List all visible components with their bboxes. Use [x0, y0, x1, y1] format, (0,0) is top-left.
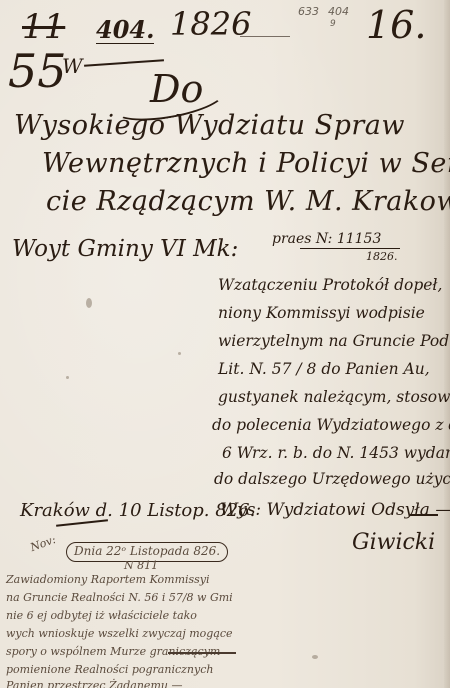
paper-stain — [86, 298, 92, 308]
pencil-note-633: 633 — [298, 6, 319, 17]
pencil-note-404: 404 — [328, 6, 349, 17]
body-line: do dalszego Urzędowego użycia — [214, 472, 450, 488]
paper-speck — [312, 655, 318, 659]
number-55: 55 — [8, 48, 67, 94]
resolution-number: N 811 — [124, 560, 158, 571]
margin-mark: Nov: — [29, 534, 57, 553]
dateline-right: Wys: Wydziatowi Odsyła — — [220, 502, 450, 519]
body-line: Wzatączeniu Protokół dopeł, — [218, 278, 442, 294]
signature: Giwicki — [352, 532, 435, 554]
folio-number: 16. — [366, 6, 426, 44]
body-line: 6 Wrz. r. b. do N. 1453 wydanego — [222, 446, 450, 462]
body-line: wierzytelnym na Gruncie Pod — [218, 334, 449, 350]
struck-number: 11 — [22, 10, 65, 44]
address-line-2: Wewnętrznych i Policyi w Sena, — [42, 150, 450, 177]
resolution-line: na Gruncie Realności N. 56 i 57/8 w Gmi — [6, 592, 233, 603]
body-line: niony Kommissyi wodpisie — [218, 306, 425, 322]
paper-speck — [66, 376, 69, 379]
address-line-1: Wysokiego Wydziatu Spraw — [14, 112, 405, 139]
registry-praes: praes N: 11153 — [272, 232, 381, 246]
register-number: 404. — [96, 18, 154, 44]
sender: Woyt Gminy VI Mk: — [12, 238, 238, 261]
address-line-3: cie Rządzącym W. M. Krakowa — [46, 188, 450, 215]
resolution-date: Dnia 22ᵒ Listopada 826. — [74, 545, 220, 557]
document-page: 11 404. 1826 633 404 9 16. 55 W Do Wysok… — [0, 0, 450, 688]
paper-speck — [178, 352, 181, 355]
registry-rule — [300, 248, 400, 249]
number-55-superscript: W — [62, 56, 83, 76]
resolution-line: nie 6 ej odbytej iż właściciele tako — [6, 610, 197, 621]
header-flourish-line — [84, 59, 164, 66]
pencil-note-9: 9 — [330, 20, 336, 29]
body-line: Lit. N. 57 / 8 do Panien Au, — [218, 362, 430, 378]
body-line: gustyanek należącym, stosownie — [218, 390, 450, 406]
resolution-line: pomienione Realności pogranicznych — [6, 664, 213, 675]
resolution-line: Zawiadomiony Raportem Kommissyi — [6, 574, 210, 585]
resolution-line: Panien przestrzec Żądanemu — — [6, 680, 182, 688]
resolution-line: wych wnioskuje wszelki zwyczaj mogące — [6, 628, 233, 639]
header-rule — [240, 36, 290, 37]
strike-through — [168, 652, 236, 654]
closing-dash — [410, 514, 438, 516]
registry-year: 1826. — [366, 251, 398, 262]
body-line: do polecenia Wydziatowego z dnia — [212, 418, 450, 434]
